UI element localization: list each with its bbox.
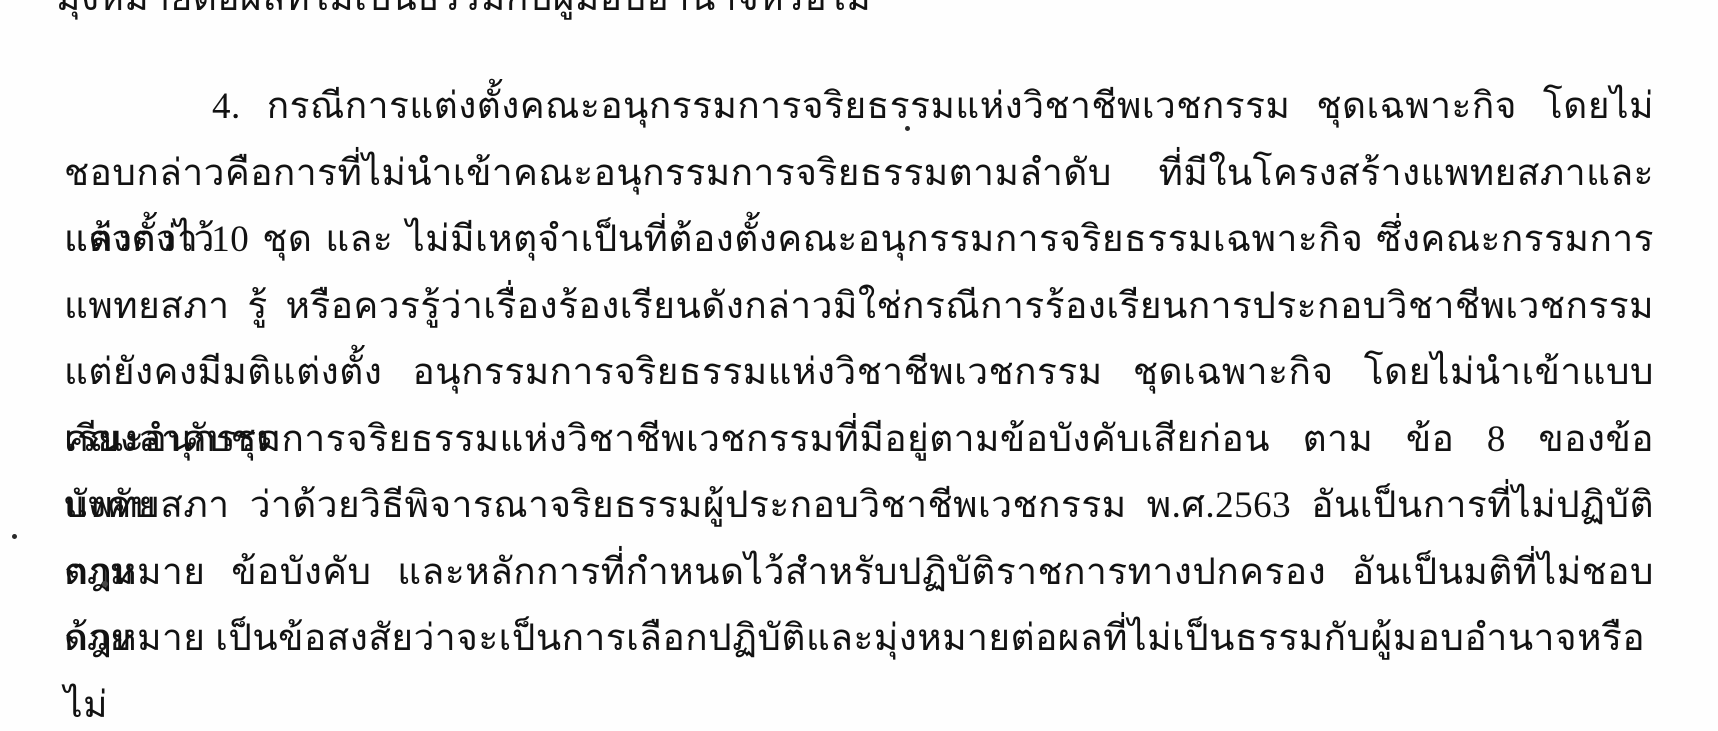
text-line: มุ่งหมายต่อผลที่ไม่เป็นธรรมกับผู้มอบอำนา… <box>56 0 916 32</box>
text-line: กฎหมาย เป็นข้อสงสัยว่าจะเป็นการเลือกปฏิบ… <box>64 606 1654 673</box>
scanned-document-page: มุ่งหมายต่อผลที่ไม่เป็นธรรมกับผู้มอบอำนา… <box>0 0 1718 731</box>
text-line: กฎหมาย ข้อบังคับ และหลักการที่กำหนดไว้สำ… <box>64 540 1654 607</box>
text-line: ชอบกล่าวคือการที่ไม่นำเข้าคณะอนุกรรมการจ… <box>64 141 1654 208</box>
paragraph-item-4: 4. กรณีการแต่งตั้งคณะอนุกรรมการจริยธรรมแ… <box>64 74 1654 673</box>
scan-speck <box>905 126 910 131</box>
text-line: 4. กรณีการแต่งตั้งคณะอนุกรรมการจริยธรรมแ… <box>64 74 1654 141</box>
text-line: แพทยสภา ว่าด้วยวิธีพิจารณาจริยธรรมผู้ประ… <box>64 473 1654 540</box>
clipped-previous-paragraph-line: มุ่งหมายต่อผลที่ไม่เป็นธรรมกับผู้มอบอำนา… <box>56 0 916 34</box>
scan-speck <box>102 581 108 587</box>
text-line: แล้วกว่า 10 ชุด และ ไม่มีเหตุจำเป็นที่ต้… <box>64 207 1654 274</box>
text-line: คณะอนุกรรมการจริยธรรมแห่งวิชาชีพเวชกรรมท… <box>64 407 1654 474</box>
scan-speck <box>12 534 17 539</box>
text-line: แพทยสภา รู้ หรือควรรู้ว่าเรื่องร้องเรียน… <box>64 274 1654 341</box>
text-line: แต่ยังคงมีมติแต่งตั้ง อนุกรรมการจริยธรรม… <box>64 340 1654 407</box>
